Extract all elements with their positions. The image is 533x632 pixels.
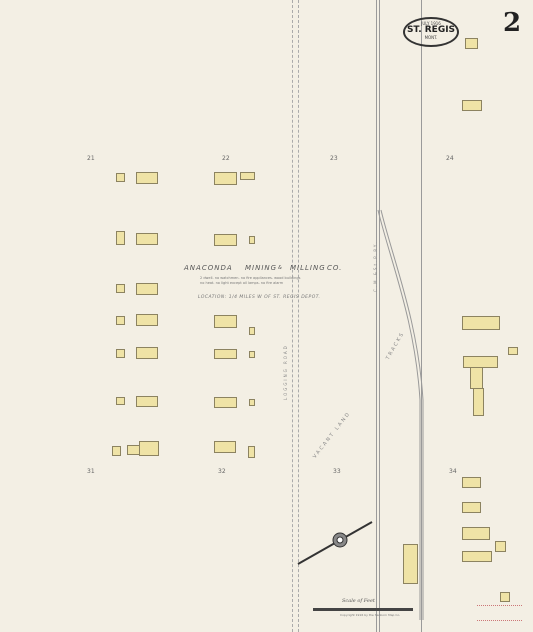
dwelling [136, 314, 158, 326]
dwelling [214, 315, 237, 328]
section-number: 33 [333, 468, 341, 475]
vacant-land-label: VACANT LAND [312, 411, 352, 460]
description-line-2: no heat. no light except oil lamps. no f… [200, 281, 283, 285]
building [403, 544, 418, 584]
section-number: 24 [446, 155, 454, 162]
dwelling [214, 234, 237, 246]
building [462, 477, 481, 488]
section-number: 21 [87, 155, 95, 162]
stamp-state: MONT. [405, 35, 457, 40]
company-name-5: CO. [327, 264, 342, 272]
outbuilding [495, 541, 506, 552]
copyright-note: Copyright 1916 by the Sanborn Map Co. [340, 613, 400, 617]
outbuilding [112, 446, 121, 456]
town-stamp: JULY 1916 ST. REGIS MONT. [403, 17, 459, 47]
dwelling [214, 349, 237, 359]
outbuilding [249, 236, 255, 244]
dwelling [214, 441, 236, 453]
section-number: 23 [330, 155, 338, 162]
outbuilding [116, 284, 125, 293]
dwelling [136, 233, 158, 245]
building [462, 502, 481, 513]
description-line-1: 2 dwell. no watchmen. no fire appliances… [200, 276, 300, 280]
railroad-spur-curve [370, 200, 430, 620]
compass-rose-icon [296, 518, 376, 568]
section-number: 34 [449, 468, 457, 475]
sanborn-map-sheet: JULY 1916 ST. REGIS MONT. 2 21 22 23 24 … [0, 0, 533, 632]
outbuilding [500, 592, 510, 602]
storage-building [462, 100, 482, 111]
outbuilding [116, 231, 125, 245]
scale-title: Scale of Feet [342, 598, 375, 604]
warehouse [462, 316, 500, 330]
outbuilding [508, 347, 518, 355]
outbuilding [249, 399, 255, 406]
dwelling [136, 172, 158, 184]
library-stamp [477, 605, 522, 621]
building [462, 551, 492, 562]
section-number: 31 [87, 468, 95, 475]
dwelling [214, 172, 237, 185]
road-line [292, 0, 293, 632]
outbuilding [116, 349, 125, 358]
dwelling [136, 396, 158, 407]
location-note: LOCATION: 1/4 MILES W OF ST. REGIS DEPOT… [198, 295, 320, 300]
logging-road-label: LOGGING ROAD [283, 344, 288, 400]
outbuilding [248, 446, 255, 458]
storage-annex [473, 388, 484, 416]
dwelling [136, 347, 158, 359]
dwelling [136, 283, 158, 295]
railroad-label: C.M.&St.P.RY. [373, 240, 378, 292]
building [465, 38, 478, 49]
section-number: 22 [222, 155, 230, 162]
company-name-1: ANACONDA [184, 264, 233, 272]
outbuilding [116, 316, 125, 325]
dwelling [139, 441, 159, 456]
outbuilding [116, 397, 125, 405]
outbuilding [240, 172, 255, 180]
outbuilding [116, 173, 125, 182]
outbuilding [249, 327, 255, 335]
sheet-number: 2 [503, 8, 521, 38]
outbuilding [249, 351, 255, 358]
section-number: 32 [218, 468, 226, 475]
building [462, 527, 490, 540]
scale-bar [313, 608, 413, 611]
storage-annex [470, 367, 483, 389]
dwelling [214, 397, 237, 408]
company-name-3: & [278, 265, 283, 271]
stamp-town: ST. REGIS [405, 26, 457, 35]
company-name-2: MINING [245, 264, 277, 272]
company-name-4: MILLING [290, 264, 326, 272]
